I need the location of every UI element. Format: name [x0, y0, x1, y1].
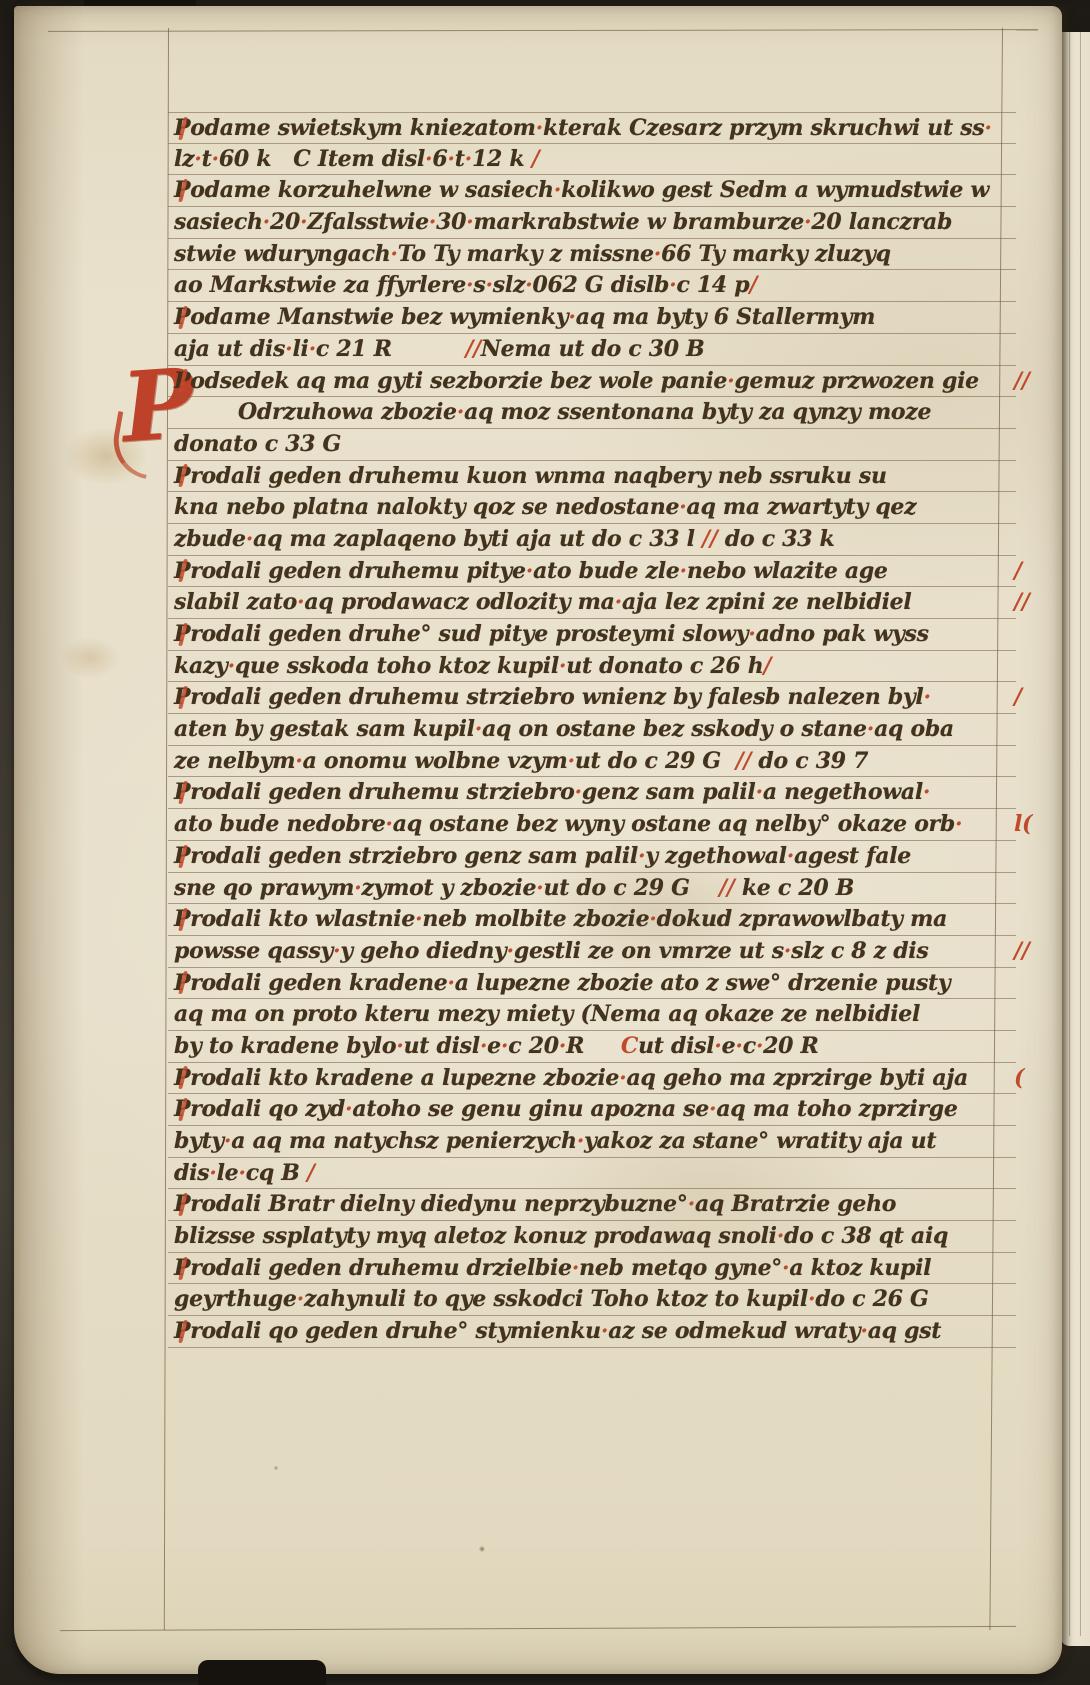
text-line: Prodali geden strziebro genz sam palil·y…	[168, 841, 1016, 873]
rubric-touched-capital: P	[174, 175, 190, 207]
text-line: by to kradene bylo·ut disl·e·c 20·R Cut …	[168, 1031, 1016, 1063]
text-line: Prodali Bratr dielny diedynu neprzybuzne…	[168, 1189, 1016, 1221]
text-line: Prodali kto wlastnie·neb molbite zbozie·…	[168, 904, 1016, 936]
rubric-touched-capital: P	[174, 904, 190, 936]
rubric-touched-capital: P	[174, 461, 190, 493]
text-line: Podame swietskym kniezatom·kterak Czesar…	[168, 112, 1016, 144]
margin-mark: /	[1014, 682, 1022, 714]
text-line: ze nelbym·a onomu wolbne vzym·ut do c 29…	[168, 746, 1016, 778]
photographed-book-scene: P Podame swietskym kniezatom·kterak Czes…	[0, 0, 1090, 1685]
text-line: blizsse ssplatyty myq aletoz konuz proda…	[168, 1221, 1016, 1253]
rubric-touched-capital: P	[174, 302, 190, 334]
text-line: donato c 33 G	[168, 429, 1016, 461]
text-line: Prodali geden druhemu pitye·ato bude zle…	[168, 556, 1016, 588]
ruling-frame-top	[48, 29, 1038, 32]
rubric-touched-capital: P	[174, 113, 190, 145]
rubric-touched-capital: P	[174, 682, 190, 714]
margin-mark: l(	[1014, 809, 1032, 841]
text-line: kna nebo platna nalokty qoz se nedostane…	[168, 492, 1016, 524]
rubric-touched-capital: P	[174, 1253, 190, 1285]
text-line: byty·a aq ma natychsz penierzych·yakoz z…	[168, 1126, 1016, 1158]
rubric-touched-capital: P	[174, 968, 190, 1000]
text-line: Prodali geden druhe° sud pitye prosteymi…	[168, 619, 1016, 651]
text-line: Podsedek aq ma gyti sezborzie bez wole p…	[168, 366, 1016, 398]
text-line: powsse qassy·y geho diedny·gestli ze on …	[168, 936, 1016, 968]
text-line: sasiech·20·Zfalsstwie·30·markrabstwie w …	[168, 207, 1016, 239]
text-line: lz·t·60 k C Item disl·6·t·12 k /	[168, 144, 1016, 176]
text-line: slabil zato·aq prodawacz odlozity ma·aja…	[168, 587, 1016, 619]
rubric-touched-capital: P	[174, 841, 190, 873]
text-line: Odrzuhowa zbozie·aq moz ssentonana byty …	[168, 397, 1016, 429]
text-line: Prodali geden druhemu strziebro·genz sam…	[168, 777, 1016, 809]
text-line: stwie wduryngach·To Ty marky z missne·66…	[168, 239, 1016, 271]
text-line: aq ma on proto kteru mezy miety (Nema aq…	[168, 999, 1016, 1031]
fore-edge-line	[1069, 24, 1070, 1636]
text-line: Prodali geden druhemu kuon wnma naqbery …	[168, 461, 1016, 493]
rubric-touched-capital: P	[174, 366, 190, 398]
text-line: Prodali geden druhemu strziebro wnienz b…	[168, 682, 1016, 714]
next-page-fore-edge	[1060, 14, 1090, 1646]
margin-mark: //	[1014, 936, 1029, 968]
text-line: sne qo prawym·zymot y zbozie·ut do c 29 …	[168, 873, 1016, 905]
rubric-touched-capital: P	[174, 619, 190, 651]
text-line: geyrthuge·zahynuli to qye sskodci Toho k…	[168, 1284, 1016, 1316]
text-line: Prodali qo geden druhe° stymienku·az se …	[168, 1316, 1016, 1348]
margin-mark: //	[1014, 366, 1029, 398]
text-line: kazy·que sskoda toho ktoz kupil·ut donat…	[168, 651, 1016, 683]
margin-mark: (	[1014, 1063, 1024, 1095]
text-line: Prodali geden druhemu drzielbie·neb metq…	[168, 1253, 1016, 1285]
binding-edge-bottom	[198, 1660, 326, 1685]
text-line: ato bude nedobre·aq ostane bez wyny osta…	[168, 809, 1016, 841]
rubric-touched-capital: P	[174, 1189, 190, 1221]
text-line: Prodali qo zyd·atoho se genu ginu apozna…	[168, 1094, 1016, 1126]
fore-edge-line	[1080, 24, 1081, 1636]
text-line: ao Markstwie za ffyrlere·s·slz·062 G dis…	[168, 270, 1016, 302]
rubric-touched-capital: P	[174, 1094, 190, 1126]
ruling-frame-bottom	[60, 1626, 1016, 1631]
manuscript-text-block: Podame swietskym kniezatom·kterak Czesar…	[168, 112, 1016, 1348]
text-line: dis·le·cq B /	[168, 1158, 1016, 1190]
text-line: Prodali kto kradene a lupezne zbozie·aq …	[168, 1063, 1016, 1095]
rubric-touched-capital: P	[174, 556, 190, 588]
text-line: aja ut dis·li·c 21 R //Nema ut do c 30 B	[168, 334, 1016, 366]
text-line: Podame korzuhelwne w sasiech·kolikwo ges…	[168, 175, 1016, 207]
rubric-touched-capital: P	[174, 777, 190, 809]
text-line: Prodali geden kradene·a lupezne zbozie a…	[168, 968, 1016, 1000]
text-line: zbude·aq ma zaplaqeno byti aja ut do c 3…	[168, 524, 1016, 556]
rubric-touched-capital: P	[174, 1316, 190, 1348]
margin-mark: //	[1014, 587, 1029, 619]
rubric-touched-capital: P	[174, 1063, 190, 1095]
text-line: aten by gestak sam kupil·aq on ostane be…	[168, 714, 1016, 746]
text-line: Podame Manstwie bez wymienky·aq ma byty …	[168, 302, 1016, 334]
manuscript-page: P Podame swietskym kniezatom·kterak Czes…	[14, 6, 1062, 1674]
margin-mark: /	[1014, 556, 1022, 588]
